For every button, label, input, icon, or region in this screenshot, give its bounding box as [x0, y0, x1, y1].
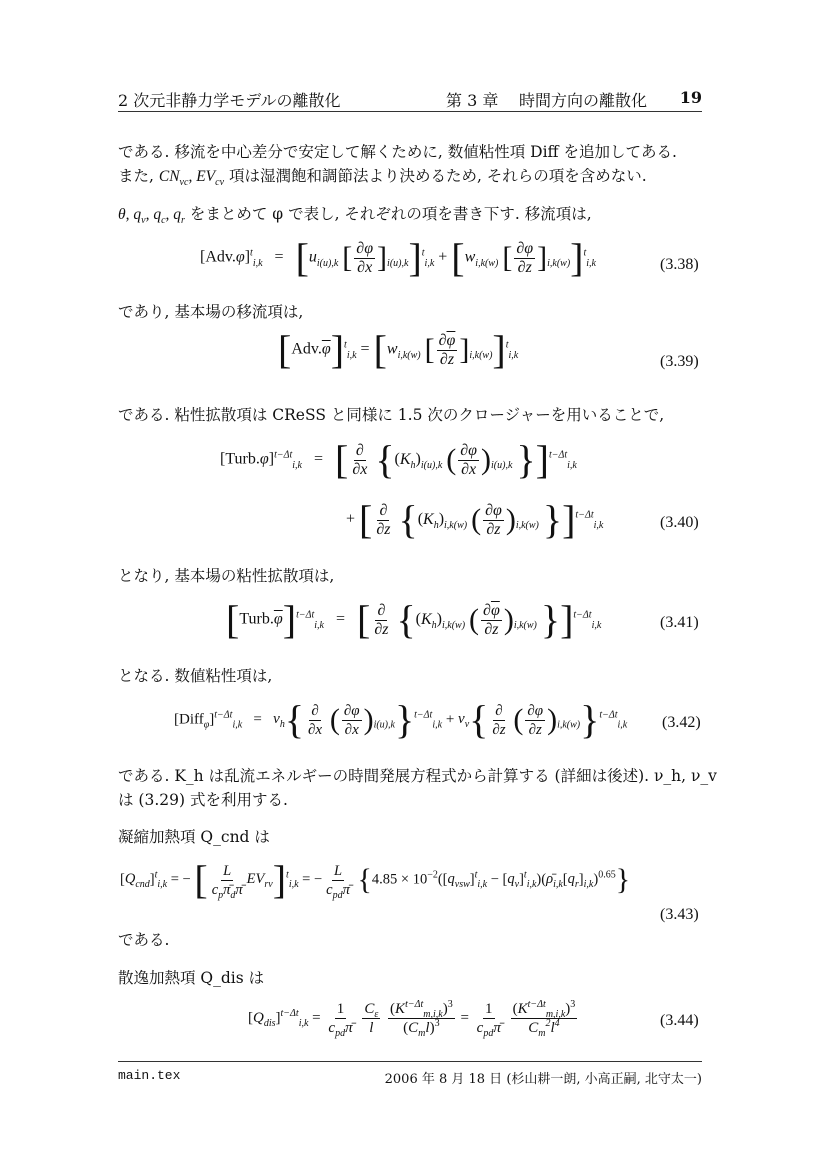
chapter-label: 第 3 章: [446, 88, 498, 111]
equation-number: (3.39): [660, 353, 699, 371]
paragraph-5: となり, 基本場の粘性拡散項は,: [118, 564, 334, 588]
paragraph-1-line-1: である. 移流を中心差分で安定して解くために, 数値粘性項 Diff を追加して…: [118, 140, 677, 164]
equation-3-43: [Qcnd]ti,k = − [Lcpπ̄dπ̄EVrv]ti,k = −Lcp…: [120, 860, 630, 900]
paragraph-10: 散逸加熱項 Q_dis は: [118, 966, 264, 990]
equation-3-40-line-1: [Turb.φ]t−Δti,k = [∂∂x {(Kh)i(u),k (∂φ∂x…: [220, 440, 577, 480]
page-number: 19: [680, 88, 702, 107]
equation-3-40-line-2: + [∂∂z {(Kh)i,k(w) (∂φ∂z)i,k(w) }]t−Δti,…: [346, 500, 603, 540]
paragraph-8: 凝縮加熱項 Q_cnd は: [118, 825, 270, 849]
math-variables: θ, qv, qc, qr: [118, 206, 185, 223]
paragraph-6: となる. 数値粘性項は,: [118, 664, 272, 688]
equation-number: (3.43): [660, 906, 699, 924]
footer-rule: [118, 1061, 702, 1062]
section-title: 2 次元非静力学モデルの離散化: [118, 88, 340, 111]
footer-filename: main.tex: [118, 1068, 180, 1083]
equation-number: (3.42): [662, 714, 701, 732]
equation-3-39: [Adv.φ]ti,k = [wi,k(w) [∂φ∂z]i,k(w)]ti,k: [278, 330, 518, 370]
equation-number: (3.40): [660, 514, 699, 532]
header-rule: [118, 111, 702, 112]
equation-3-38: [Adv.φ]ti,k = [ui(u),k [∂φ∂x]i(u),k]ti,k…: [200, 238, 596, 278]
paragraph-9: である.: [118, 928, 169, 952]
paragraph-4: である. 粘性拡散項は CReSS と同様に 1.5 次のクロージャーを用いるこ…: [118, 403, 664, 427]
equation-3-42: [Diffφ]t−Δti,k = νh{∂∂x (∂φ∂x)i(u),k}t−Δ…: [174, 700, 627, 740]
math-cn: CNvc, EVcv: [159, 168, 224, 185]
paragraph-3: であり, 基本場の移流項は,: [118, 300, 303, 324]
footer-date-authors: 2006 年 8 月 18 日 (杉山耕一朗, 小高正嗣, 北守太一): [385, 1068, 702, 1087]
paragraph-7-line-1: である. K_h は乱流エネルギーの時間発展方程式から計算する (詳細は後述).…: [118, 764, 717, 788]
equation-3-44: [Qdis]t−Δti,k = 1cpdπ̄ Cεl (Kt−Δtm,i,k)3…: [248, 1000, 579, 1037]
equation-3-41: [Turb.φ]t−Δti,k = [∂∂z {(Kh)i,k(w) (∂φ∂z…: [226, 600, 601, 640]
paragraph-1-line-2: また, CNvc, EVcv 項は湿潤飽和調節法より決めるため, それらの項を含…: [118, 164, 647, 189]
equation-number: (3.38): [660, 256, 699, 274]
equation-number: (3.41): [660, 614, 699, 632]
equation-number: (3.44): [660, 1012, 699, 1030]
paragraph-2: θ, qv, qc, qr をまとめて φ で表し, それぞれの項を書き下す. …: [118, 202, 592, 227]
chapter-title: 時間方向の離散化: [519, 88, 647, 111]
paragraph-7-line-2: は (3.29) 式を利用する.: [118, 788, 288, 812]
